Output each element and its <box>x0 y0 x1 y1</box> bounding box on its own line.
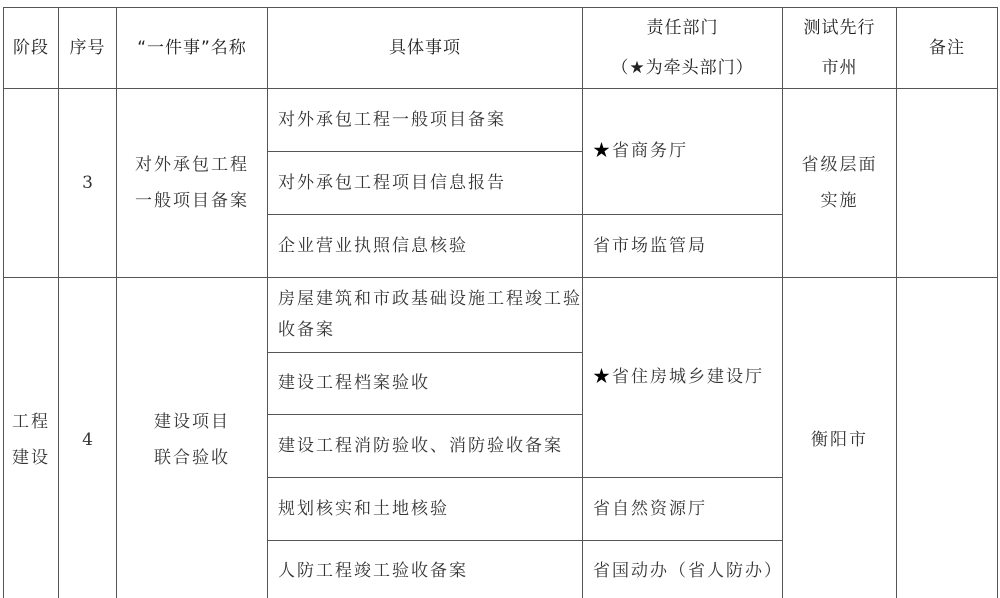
stage-line1: 工程 <box>4 404 58 440</box>
city-line2: 实施 <box>783 183 896 219</box>
header-dept-line1: 责任部门 <box>583 8 782 48</box>
name-line2: 联合验收 <box>117 440 267 476</box>
seq-cell: 3 <box>59 89 117 278</box>
remark-cell <box>897 89 998 278</box>
item-cell: 企业营业执照信息核验 <box>268 215 583 278</box>
dept-cell: ★省商务厅 <box>583 89 783 215</box>
header-stage: 阶段 <box>4 8 59 89</box>
item-cell: 对外承包工程一般项目备案 <box>268 89 583 152</box>
star-icon: ★ <box>593 141 612 161</box>
city-line1: 省级层面 <box>783 147 896 183</box>
item-cell: 建设工程档案验收 <box>268 353 583 415</box>
remark-cell <box>897 278 998 598</box>
dept-cell: 省国动办（省人防办） <box>583 541 783 598</box>
name-line2: 一般项目备案 <box>117 183 267 219</box>
name-cell: 对外承包工程 一般项目备案 <box>117 89 268 278</box>
dept-name: 省商务厅 <box>612 141 688 161</box>
header-row: 阶段 序号 “一件事”名称 具体事项 责任部门 （★为牵头部门） 测试先行 市州… <box>4 8 998 89</box>
stage-line2: 建设 <box>4 440 58 476</box>
dept-cell: 省市场监管局 <box>583 215 783 278</box>
header-city-line2: 市州 <box>783 48 896 88</box>
name-line1: 对外承包工程 <box>117 147 267 183</box>
item-cell: 房屋建筑和市政基础设施工程竣工验收备案 <box>268 278 583 353</box>
table-row: 3 对外承包工程 一般项目备案 对外承包工程一般项目备案 ★省商务厅 省级层面 … <box>4 89 998 152</box>
header-name: “一件事”名称 <box>117 8 268 89</box>
name-line1: 建设项目 <box>117 404 267 440</box>
header-dept-line2: （★为牵头部门） <box>583 48 782 88</box>
city-cell: 省级层面 实施 <box>783 89 897 278</box>
header-city-line1: 测试先行 <box>783 8 896 48</box>
city-cell: 衡阳市 <box>783 278 897 598</box>
header-dept: 责任部门 （★为牵头部门） <box>583 8 783 89</box>
dept-cell: 省自然资源厅 <box>583 478 783 541</box>
name-cell: 建设项目 联合验收 <box>117 278 268 598</box>
dept-name: 省住房城乡建设厅 <box>612 367 764 387</box>
seq-cell: 4 <box>59 278 117 598</box>
star-icon: ★ <box>593 367 612 387</box>
stage-cell: 工程 建设 <box>4 278 59 598</box>
dept-cell: ★省住房城乡建设厅 <box>583 278 783 478</box>
header-remark: 备注 <box>897 8 998 89</box>
item-cell: 建设工程消防验收、消防验收备案 <box>268 415 583 478</box>
item-cell: 人防工程竣工验收备案 <box>268 541 583 598</box>
item-cell: 规划核实和土地核验 <box>268 478 583 541</box>
stage-cell <box>4 89 59 278</box>
table-row: 工程 建设 4 建设项目 联合验收 房屋建筑和市政基础设施工程竣工验收备案 ★省… <box>4 278 998 353</box>
matters-table: 阶段 序号 “一件事”名称 具体事项 责任部门 （★为牵头部门） 测试先行 市州… <box>3 7 998 598</box>
header-city: 测试先行 市州 <box>783 8 897 89</box>
header-seq: 序号 <box>59 8 117 89</box>
item-cell: 对外承包工程项目信息报告 <box>268 152 583 215</box>
header-items: 具体事项 <box>268 8 583 89</box>
